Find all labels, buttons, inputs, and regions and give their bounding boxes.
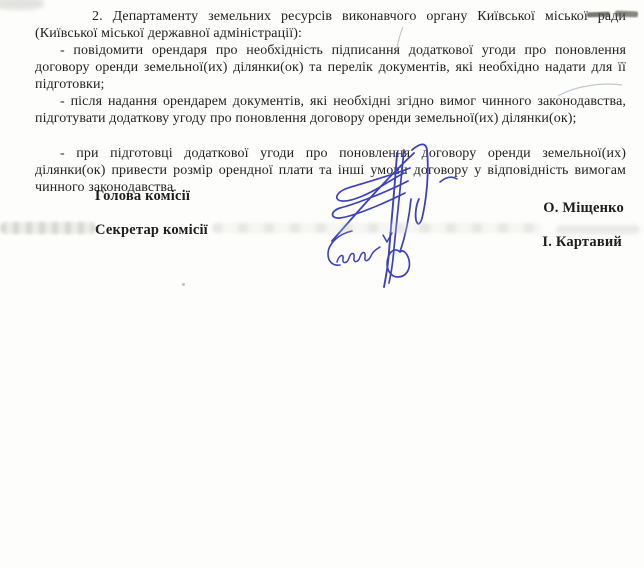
paragraph-item-2: 2. Департаменту земельних ресурсів викон… xyxy=(35,8,626,42)
signatory-name-secretary: І. Картавий xyxy=(542,234,622,251)
signatory-role-secretary: Секретар комісії xyxy=(95,222,208,239)
signatory-role-head: Голова комісії xyxy=(95,188,190,205)
scan-smudge-band xyxy=(212,223,542,233)
signatory-name-head: О. Міщенко xyxy=(543,200,624,217)
scan-smudge-band xyxy=(556,225,640,234)
document-text-block: 2. Департаменту земельних ресурсів викон… xyxy=(35,8,626,196)
scan-smudge-band xyxy=(0,222,96,234)
paragraph-bullet-prepare: - після надання орендарем документів, як… xyxy=(35,93,626,127)
paragraph-bullet-notify: - повідомити орендаря про необхідність п… xyxy=(35,42,626,93)
scanned-document-page: 2. Департаменту земельних ресурсів викон… xyxy=(0,0,644,568)
scan-speck xyxy=(182,283,185,286)
